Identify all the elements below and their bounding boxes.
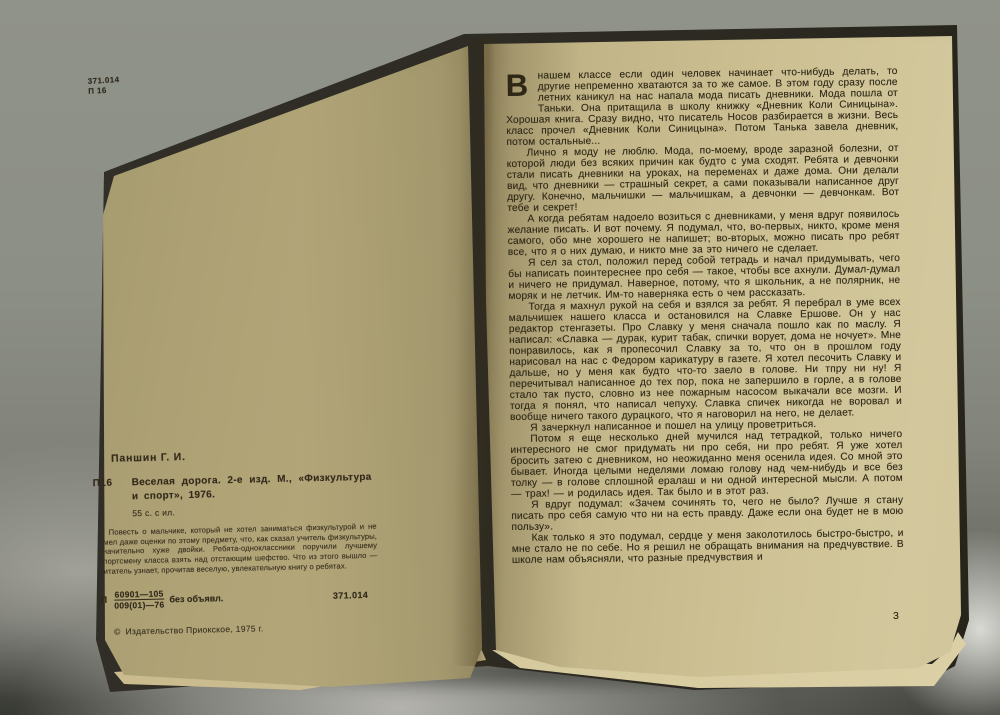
library-stamp: 371.014 П 16 [88,75,121,96]
collation-note: 55 с. с ил. [132,503,376,519]
stamp-classification: 371.014 [88,75,120,86]
entry-code: П16 [93,478,113,489]
page-number: 3 [893,610,899,622]
index-fraction: 60901—105 009(01)—76 [114,588,165,611]
index-prefix: П [100,595,107,606]
publishing-index: П 60901—105 009(01)—76 без объявл. 371.0… [100,583,368,611]
drop-cap: В [506,72,535,105]
annotation-text: Повесть о мальчике, который не хотел зан… [99,522,378,577]
paragraph: А когда ребятам надоело возиться с дневн… [507,209,900,258]
paragraph: Я сел за стол, положил перед собой тетра… [508,253,901,302]
paragraph: Внашем классе если один человек начинает… [506,66,899,148]
book-photo: 371.014 П 16 Паншин Г. И. П16 Веселая до… [0,0,1000,715]
classification-number: 371.014 [333,589,369,600]
copyright-icon: © [114,626,121,636]
paragraph: Тогда я махнул рукой на себя и взялся за… [509,297,903,423]
stamp-author-code: П 16 [88,85,120,96]
catalog-entry: П16 Веселая дорога. 2-е изд. М., «Физкул… [84,471,377,505]
book-gutter-shadow [452,38,513,667]
paragraph-text: нашем классе если один человек начинает … [506,66,898,148]
paragraph: Я вдруг подумал: «Зачем сочинять то, чег… [511,495,903,533]
paragraph: Потом я еще несколько дней мучился над т… [510,429,903,500]
book-title: Веселая дорога. 2-е изд. М., «Физкультур… [131,471,372,503]
paragraph: Как только я это подумал, сердце у меня … [512,528,904,566]
index-suffix: без объявл. [169,593,223,604]
paragraph: Лично я моду не люблю. Мода, по-моему, в… [507,143,900,214]
story-text: Внашем классе если один человек начинает… [506,66,904,566]
catalog-block: Паншин Г. И. П16 Веселая дорога. 2-е изд… [83,447,379,637]
index-denominator: 009(01)—76 [114,599,165,612]
